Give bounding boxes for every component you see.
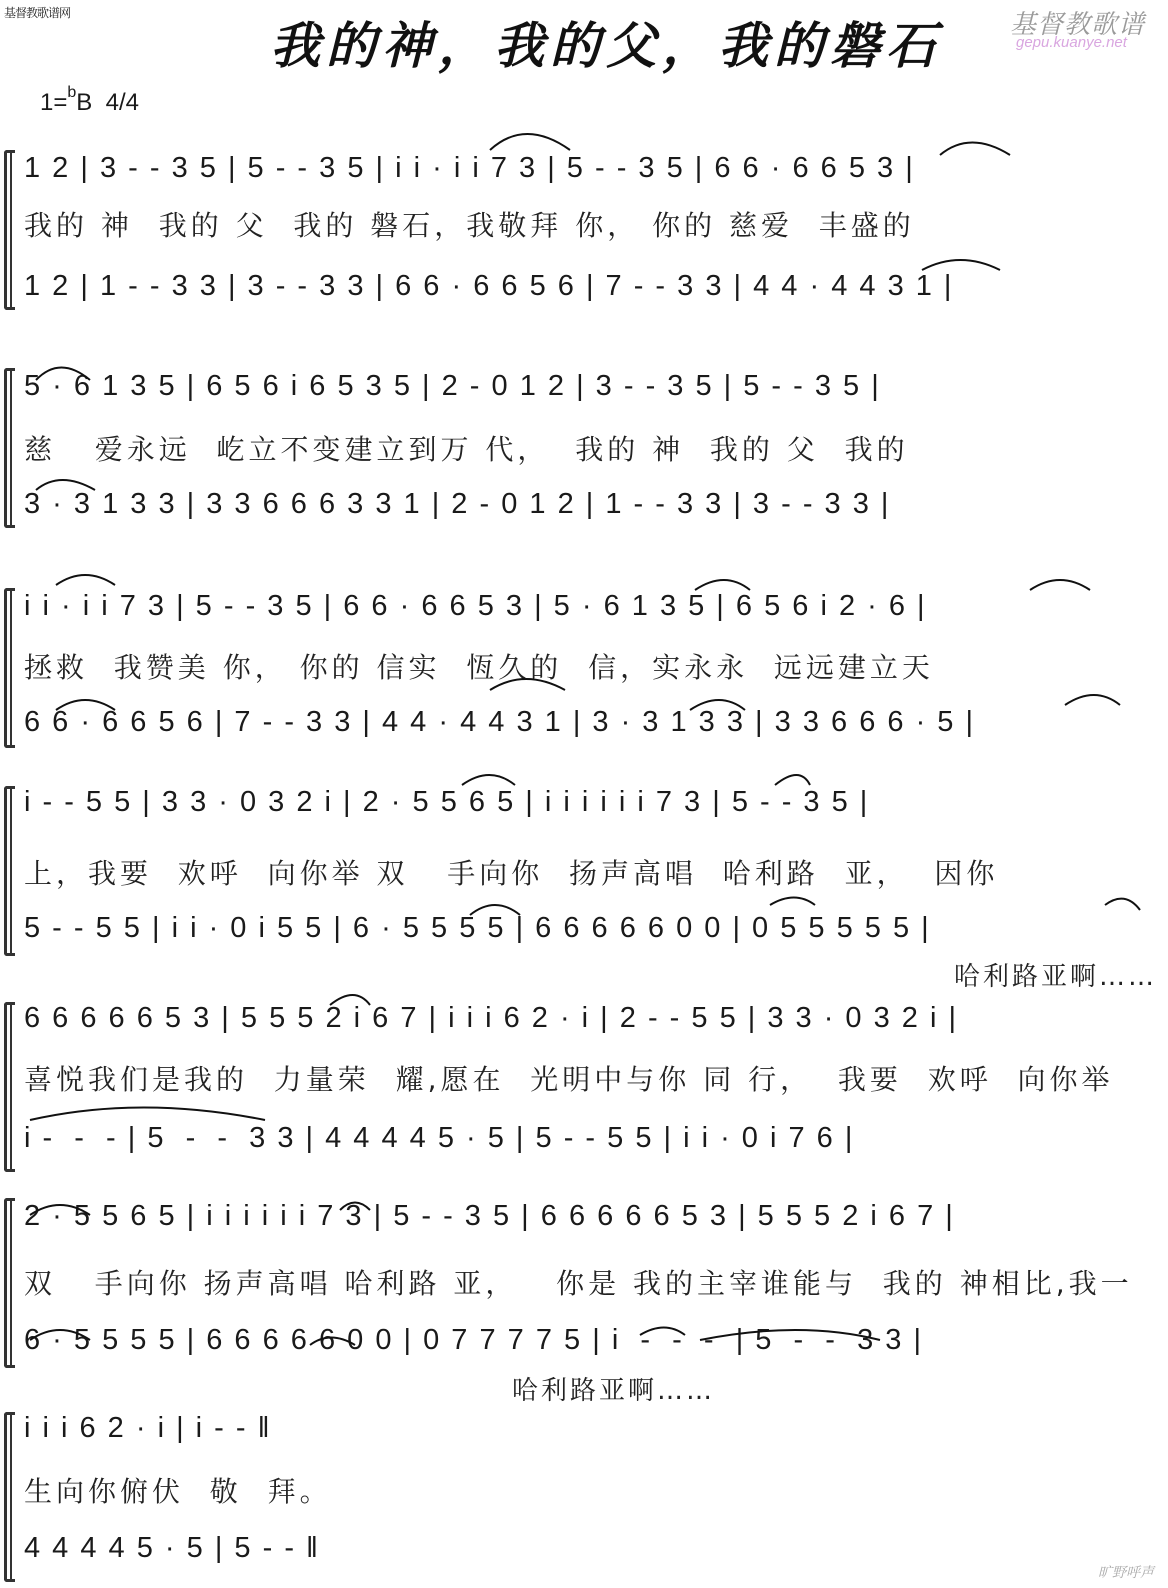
footer-watermark: 旷野呼声 <box>1098 1562 1154 1582</box>
soprano-line: 2 · 5 5 6 5 | i i i i i i 7 3 | 5 - - 3 … <box>24 1200 955 1233</box>
lyrics-line: 喜悦我们是我的 力量荣 耀,愿在 光明中与你 同 行， 我要 欢呼 向你举 <box>24 1058 1114 1098</box>
lyrics-line: 拯救 我赞美 你， 你的 信实 恆久的 信，实永永 远远建立天 <box>24 646 934 686</box>
soprano-line: 6 6 6 6 6 5 3 | 5 5 5 2 i 6 7 | i i i 6 … <box>24 1002 958 1035</box>
alto-line: 3 · 3 1 3 3 | 3 3 6 6 6 3 3 1 | 2 - 0 1 … <box>24 488 890 521</box>
system-bracket <box>4 368 15 528</box>
alto-lyrics-line: 哈利路亚啊…… <box>512 1370 715 1407</box>
lyrics-line: 我的 神 我的 父 我的 磐石，我敬拜 你， 你的 慈爱 丰盛的 <box>24 204 915 244</box>
system-bracket <box>4 588 15 748</box>
score-system-1: 1 2 | 3 - - 3 5 | 5 - - 3 5 | i i · i i … <box>4 150 1164 310</box>
key-signature: 1=bB 4/4 <box>40 88 139 117</box>
lyrics-line: 慈 爱永远 屹立不变建立到万 代， 我的 神 我的 父 我的 <box>24 428 909 468</box>
alto-line: 1 2 | 1 - - 3 3 | 3 - - 3 3 | 6 6 · 6 6 … <box>24 270 953 303</box>
alto-lyrics-line: 哈利路亚啊…… <box>954 956 1157 993</box>
system-bracket <box>4 1198 15 1368</box>
soprano-line: i - - 5 5 | 3 3 · 0 3 2 i | 2 · 5 5 6 5 … <box>24 786 869 819</box>
soprano-line: 1 2 | 3 - - 3 5 | 5 - - 3 5 | i i · i i … <box>24 152 915 185</box>
soprano-line: i i i 6 2 · i | i - - ‖ <box>24 1412 272 1445</box>
alto-line: 5 - - 5 5 | i i · 0 i 5 5 | 6 · 5 5 5 5 … <box>24 912 931 945</box>
system-bracket <box>4 1412 15 1582</box>
soprano-line: i i · i i 7 3 | 5 - - 3 5 | 6 6 · 6 6 5 … <box>24 590 927 623</box>
lyrics-line: 生向你俯伏 敬 拜。 <box>24 1470 332 1510</box>
key-prefix: 1= <box>40 89 67 116</box>
system-bracket <box>4 1002 15 1172</box>
system-bracket <box>4 150 15 310</box>
score-system-2: 5 · 6 1 3 5 | 6 5 6 i 6 5 3 5 | 2 - 0 1 … <box>4 368 1164 528</box>
soprano-line: 5 · 6 1 3 5 | 6 5 6 i 6 5 3 5 | 2 - 0 1 … <box>24 370 881 403</box>
site-tag: 基督教歌谱网 <box>4 4 70 21</box>
time-signature: 4/4 <box>106 89 139 116</box>
song-title: 我的神，我的父，我的磐石 <box>270 6 942 78</box>
alto-line: i - - - | 5 - - 3 3 | 4 4 4 4 5 · 5 | 5 … <box>24 1122 854 1155</box>
key-note: B <box>76 89 92 116</box>
lyrics-line: 双 手向你 扬声高唱 哈利路 亚， 你是 我的主宰谁能与 我的 神相比,我一 <box>24 1262 1133 1302</box>
alto-line: 6 6 · 6 6 5 6 | 7 - - 3 3 | 4 4 · 4 4 3 … <box>24 706 975 739</box>
score-system-7: i i i 6 2 · i | i - - ‖ 生向你俯伏 敬 拜。 4 4 4… <box>4 1412 424 1582</box>
lyrics-line: 上，我要 欢呼 向你举 双 手向你 扬声高唱 哈利路 亚， 因你 <box>24 852 998 892</box>
system-bracket <box>4 786 15 956</box>
score-system-3: i i · i i 7 3 | 5 - - 3 5 | 6 6 · 6 6 5 … <box>4 588 1164 748</box>
score-system-4: i - - 5 5 | 3 3 · 0 3 2 i | 2 · 5 5 6 5 … <box>4 786 1164 956</box>
key-accidental: b <box>67 84 76 101</box>
alto-line: 6 · 5 5 5 5 | 6 6 6 6 6 0 0 | 0 7 7 7 7 … <box>24 1324 923 1357</box>
score-system-6: 2 · 5 5 6 5 | i i i i i i 7 3 | 5 - - 3 … <box>4 1198 1164 1368</box>
score-system-5: 6 6 6 6 6 5 3 | 5 5 5 2 i 6 7 | i i i 6 … <box>4 1002 1164 1172</box>
watermark-url: gepu.kuanye.net <box>1016 34 1127 51</box>
alto-line: 4 4 4 4 5 · 5 | 5 - - ‖ <box>24 1532 320 1565</box>
